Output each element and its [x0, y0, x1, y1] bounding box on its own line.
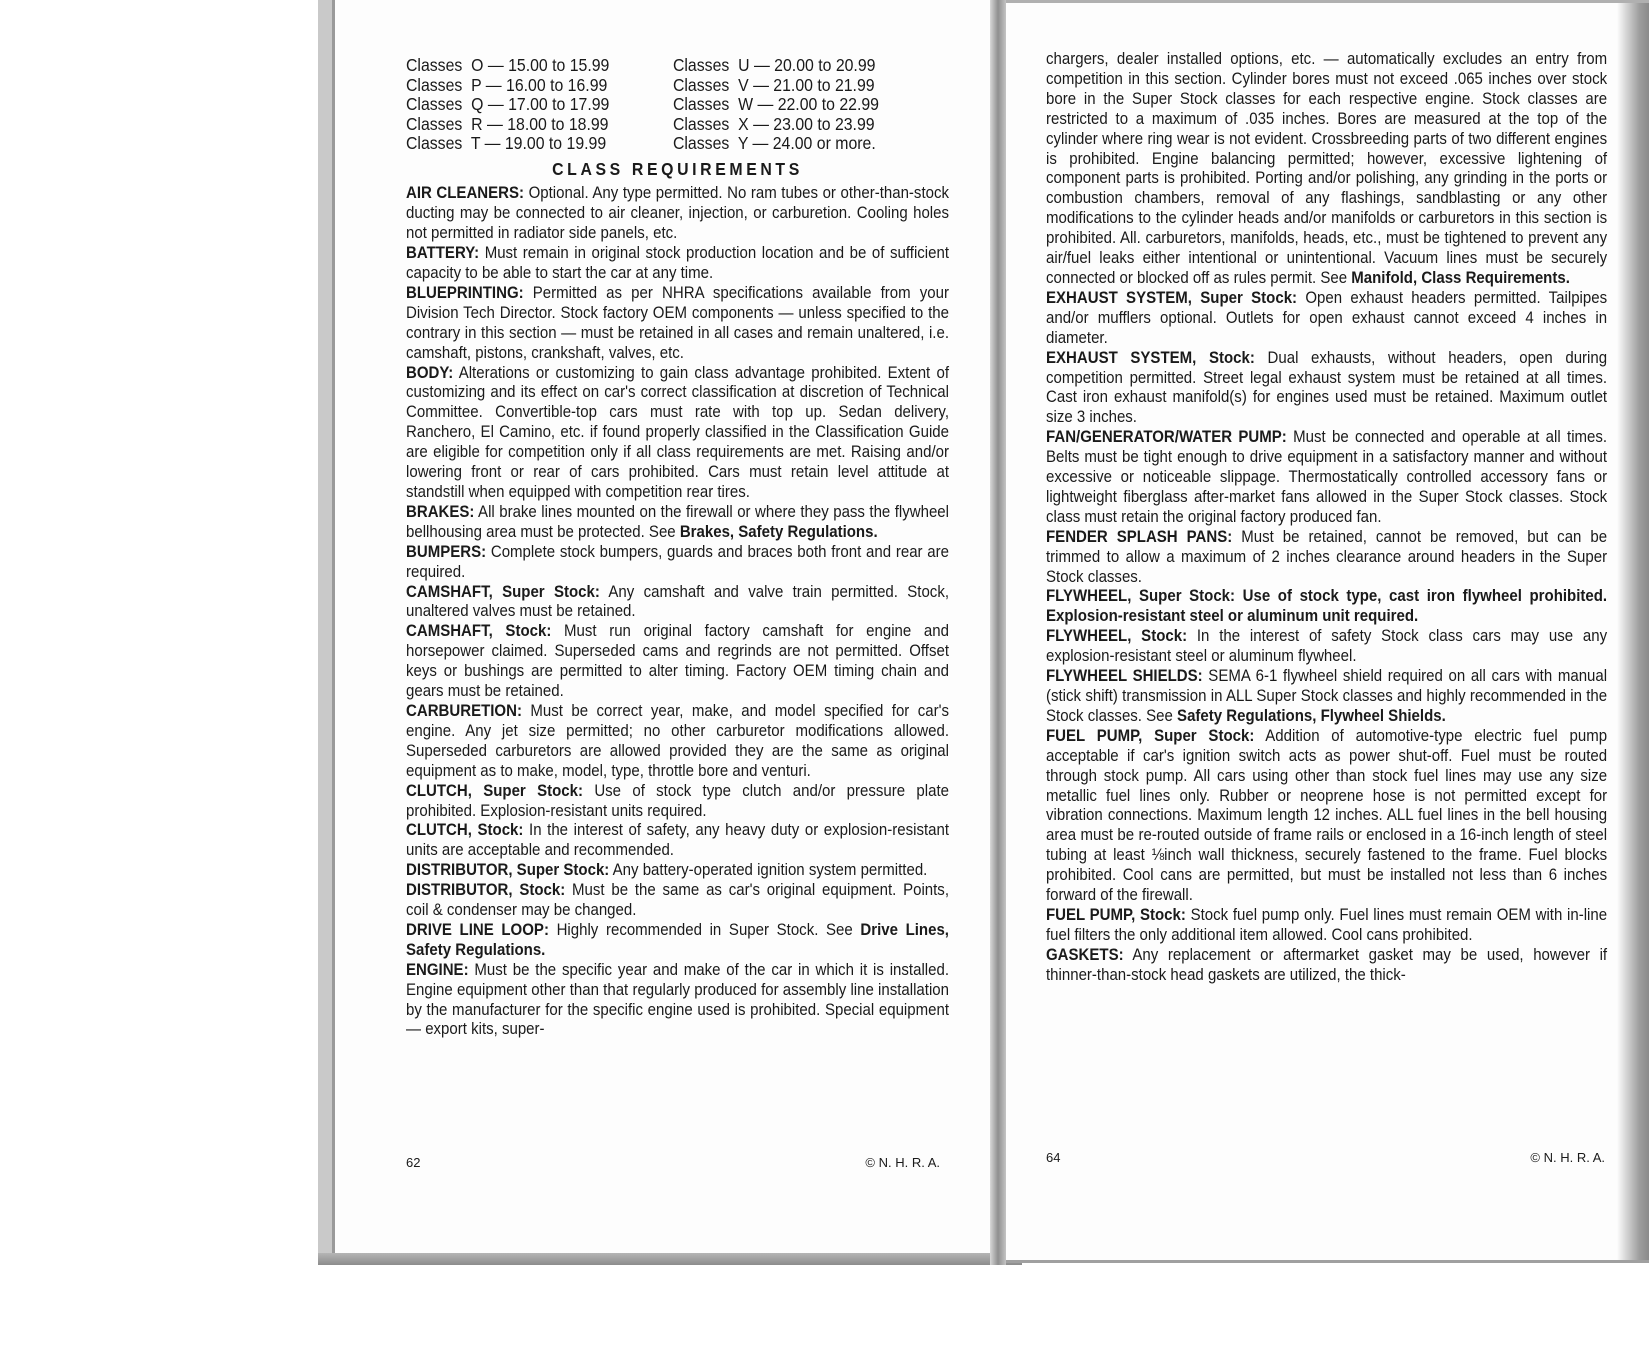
- rule-entry: GASKETS: Any replacement or aftermarket …: [1046, 945, 1607, 985]
- rule-term: CLUTCH, Stock:: [406, 820, 523, 839]
- rule-term: DISTRIBUTOR, Stock:: [406, 880, 565, 899]
- class-range-cell: Classes P — 16.00 to 16.99: [406, 76, 646, 96]
- page-number: 64: [1046, 1150, 1060, 1165]
- rule-entry: FENDER SPLASH PANS: Must be retained, ca…: [1046, 527, 1607, 587]
- rule-entry: DISTRIBUTOR, Stock: Must be the same as …: [406, 880, 949, 920]
- book-gutter: [990, 0, 1006, 1265]
- rule-entry: BLUEPRINTING: Permitted as per NHRA spec…: [406, 283, 949, 363]
- rule-entry: FUEL PUMP, Super Stock: Addition of auto…: [1046, 726, 1607, 905]
- copyright-notice: © N. H. R. A.: [865, 1155, 940, 1170]
- section-heading: CLASS REQUIREMENTS: [406, 160, 949, 180]
- rule-text: Alterations or customizing to gain class…: [406, 363, 949, 501]
- page-edge-shadow: [1617, 3, 1649, 1261]
- rule-term: BLUEPRINTING:: [406, 283, 524, 302]
- rule-entry: ENGINE: Must be the specific year and ma…: [406, 960, 949, 1040]
- rule-entry: CARBURETION: Must be correct year, make,…: [406, 701, 949, 781]
- rule-term: AIR CLEANERS:: [406, 183, 524, 202]
- rule-term: FLYWHEEL, Super Stock:: [1046, 586, 1235, 605]
- rule-entry: CAMSHAFT, Super Stock: Any camshaft and …: [406, 582, 949, 622]
- class-range-cell: Classes O — 15.00 to 15.99: [406, 56, 646, 76]
- rule-term: CLUTCH, Super Stock:: [406, 781, 583, 800]
- rule-entry: chargers, dealer installed options, etc.…: [1046, 49, 1607, 288]
- rule-text: Any battery-operated ignition system per…: [609, 860, 927, 879]
- rule-text: Must be the specific year and make of th…: [406, 960, 949, 1039]
- rule-term: CAMSHAFT, Stock:: [406, 621, 551, 640]
- rule-text: Complete stock bumpers, guards and brace…: [406, 542, 949, 581]
- rule-entries: AIR CLEANERS: Optional. Any type permitt…: [406, 183, 949, 1039]
- rule-term: CAMSHAFT, Super Stock:: [406, 582, 600, 601]
- class-range-cell: Classes X — 23.00 to 23.99: [673, 115, 913, 135]
- rule-entry: FUEL PUMP, Stock: Stock fuel pump only. …: [1046, 905, 1607, 945]
- rule-term: BUMPERS:: [406, 542, 486, 561]
- class-range-cell: Classes W — 22.00 to 22.99: [673, 95, 913, 115]
- page-binding-edge: [318, 1253, 1022, 1265]
- rule-entry: AIR CLEANERS: Optional. Any type permitt…: [406, 183, 949, 243]
- rule-reference: Safety Regulations, Flywheel Shields.: [1177, 706, 1446, 725]
- rule-entries: chargers, dealer installed options, etc.…: [1046, 49, 1607, 985]
- rule-entry: FLYWHEEL, Stock: In the interest of safe…: [1046, 626, 1607, 666]
- rule-term: EXHAUST SYSTEM, Super Stock:: [1046, 288, 1297, 307]
- left-page-body: Classes O — 15.00 to 15.99Classes U — 20…: [406, 56, 949, 1039]
- rule-entry: CLUTCH, Super Stock: Use of stock type c…: [406, 781, 949, 821]
- rule-term: CARBURETION:: [406, 701, 522, 720]
- rule-reference: Manifold, Class Requirements.: [1351, 268, 1570, 287]
- rule-text: Highly recommended in Super Stock. See: [549, 920, 860, 939]
- rule-term: EXHAUST SYSTEM, Stock:: [1046, 348, 1255, 367]
- rule-term: BODY:: [406, 363, 453, 382]
- rule-entry: CLUTCH, Stock: In the interest of safety…: [406, 820, 949, 860]
- rule-entry: CAMSHAFT, Stock: Must run original facto…: [406, 621, 949, 701]
- class-range-cell: Classes R — 18.00 to 18.99: [406, 115, 646, 135]
- rule-entry: BRAKES: All brake lines mounted on the f…: [406, 502, 949, 542]
- rule-term: BATTERY:: [406, 243, 479, 262]
- page-bottom-edge: [1006, 1260, 1649, 1263]
- class-range-cell: Classes Q — 17.00 to 17.99: [406, 95, 646, 115]
- rule-term: FENDER SPLASH PANS:: [1046, 527, 1232, 546]
- rule-term: FLYWHEEL, Stock:: [1046, 626, 1187, 645]
- left-page: Classes O — 15.00 to 15.99Classes U — 20…: [318, 0, 1012, 1265]
- copyright-notice: © N. H. R. A.: [1530, 1150, 1605, 1165]
- class-range-cell: Classes U — 20.00 to 20.99: [673, 56, 913, 76]
- rule-entry: FLYWHEEL SHIELDS: SEMA 6-1 flywheel shie…: [1046, 666, 1607, 726]
- rule-term: ENGINE:: [406, 960, 469, 979]
- rule-entry: FAN/GENERATOR/WATER PUMP: Must be connec…: [1046, 427, 1607, 527]
- rule-term: FAN/GENERATOR/WATER PUMP:: [1046, 427, 1287, 446]
- right-page: chargers, dealer installed options, etc.…: [1006, 0, 1649, 1261]
- class-range-cell: Classes V — 21.00 to 21.99: [673, 76, 913, 96]
- class-range-cell: Classes T — 19.00 to 19.99: [406, 134, 646, 154]
- rule-text: chargers, dealer installed options, etc.…: [1046, 49, 1607, 287]
- rule-entry: BUMPERS: Complete stock bumpers, guards …: [406, 542, 949, 582]
- rule-term: FUEL PUMP, Stock:: [1046, 905, 1186, 924]
- rule-term: GASKETS:: [1046, 945, 1124, 964]
- rule-term: DISTRIBUTOR, Super Stock:: [406, 860, 609, 879]
- page-number: 62: [406, 1155, 420, 1170]
- rule-entry: EXHAUST SYSTEM, Super Stock: Open exhaus…: [1046, 288, 1607, 348]
- rule-text: Addition of automotive-type electric fue…: [1046, 726, 1607, 904]
- rule-entry: BODY: Alterations or customizing to gain…: [406, 363, 949, 502]
- rule-text: Must remain in original stock production…: [406, 243, 949, 282]
- rule-term: FLYWHEEL SHIELDS:: [1046, 666, 1203, 685]
- rule-reference: Brakes, Safety Regulations.: [680, 522, 878, 541]
- class-range-cell: Classes Y — 24.00 or more.: [673, 134, 913, 154]
- rule-term: FUEL PUMP, Super Stock:: [1046, 726, 1254, 745]
- rule-entry: EXHAUST SYSTEM, Stock: Dual exhausts, wi…: [1046, 348, 1607, 428]
- rule-entry: DRIVE LINE LOOP: Highly recommended in S…: [406, 920, 949, 960]
- rule-text: Any replacement or aftermarket gasket ma…: [1046, 945, 1607, 984]
- class-range-table: Classes O — 15.00 to 15.99Classes U — 20…: [406, 56, 913, 154]
- rule-term: BRAKES:: [406, 502, 474, 521]
- rule-entry: DISTRIBUTOR, Super Stock: Any battery-op…: [406, 860, 949, 880]
- right-page-body: chargers, dealer installed options, etc.…: [1046, 49, 1607, 985]
- rule-entry: FLYWHEEL, Super Stock: Use of stock type…: [1046, 586, 1607, 626]
- rule-entry: BATTERY: Must remain in original stock p…: [406, 243, 949, 283]
- rule-term: DRIVE LINE LOOP:: [406, 920, 549, 939]
